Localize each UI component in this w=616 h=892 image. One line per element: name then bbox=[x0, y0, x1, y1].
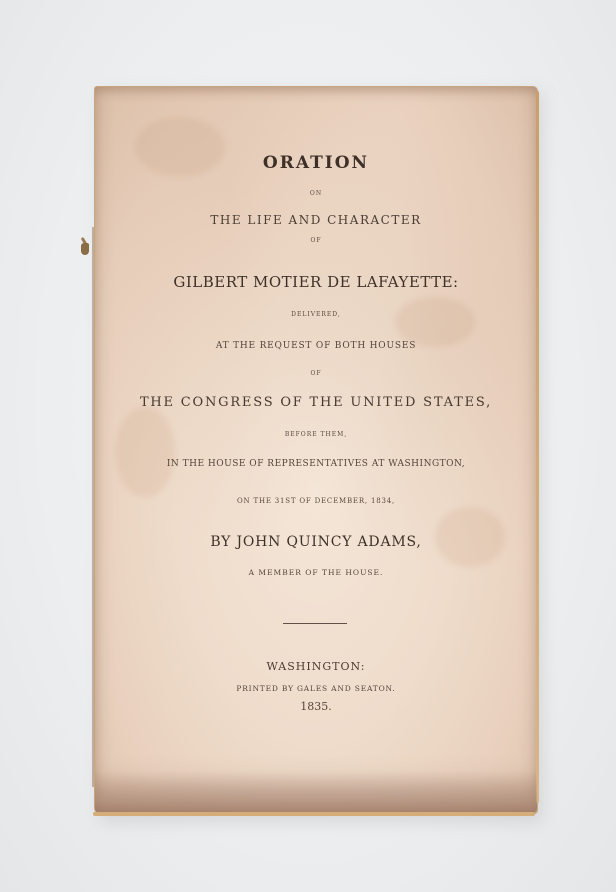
divider-rule bbox=[283, 623, 347, 624]
right-page-edge bbox=[536, 91, 539, 803]
subject-name: GILBERT MOTIER DE LAFAYETTE: bbox=[95, 273, 537, 291]
subject-line: THE LIFE AND CHARACTER bbox=[95, 213, 537, 227]
request-line: AT THE REQUEST OF BOTH HOUSES bbox=[95, 341, 537, 351]
pamphlet: ORATION ON THE LIFE AND CHARACTER OF GIL… bbox=[94, 86, 538, 814]
congress-line: THE CONGRESS OF THE UNITED STATES, bbox=[95, 395, 537, 410]
author-line: BY JOHN QUINCY ADAMS, bbox=[95, 534, 537, 550]
printer-line: PRINTED BY GALES AND SEATON. bbox=[95, 684, 537, 693]
title: ORATION bbox=[95, 153, 537, 173]
imprint-city: WASHINGTON: bbox=[95, 660, 537, 673]
connector-of-2: OF bbox=[95, 370, 537, 377]
connector-on: ON bbox=[95, 190, 537, 197]
author-role: A MEMBER OF THE HOUSE. bbox=[95, 568, 537, 577]
location-line: IN THE HOUSE OF REPRESENTATIVES AT WASHI… bbox=[95, 459, 537, 469]
thread-knot bbox=[81, 243, 89, 255]
bottom-foxing bbox=[95, 771, 537, 813]
paper-stain bbox=[115, 407, 175, 497]
delivered-line: DELIVERED, bbox=[95, 311, 537, 318]
before-line: BEFORE THEM, bbox=[95, 431, 537, 438]
publication-year: 1835. bbox=[95, 700, 537, 713]
connector-of: OF bbox=[95, 237, 537, 244]
binding-thread bbox=[81, 237, 91, 265]
paper-stain bbox=[395, 297, 475, 347]
stitched-spine bbox=[92, 227, 94, 787]
bottom-page-edge bbox=[93, 812, 535, 816]
date-line: ON THE 31ST OF DECEMBER, 1834, bbox=[95, 497, 537, 505]
